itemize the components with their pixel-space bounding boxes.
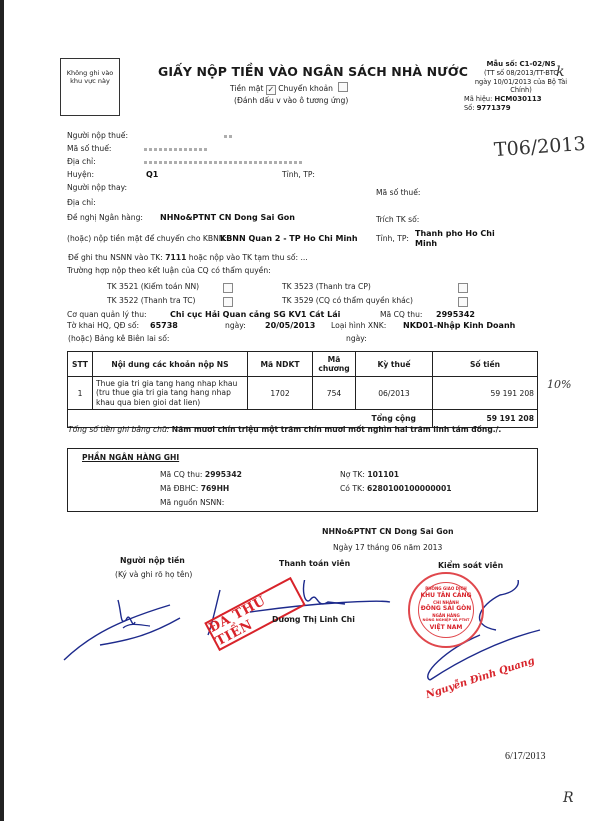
budget-account-row: Để ghi thu NSNN vào TK: 7111 hoặc nộp và…	[68, 253, 308, 262]
tax-code-label: Mã số thuế:	[67, 144, 111, 153]
proxy-address-label: Địa chỉ:	[67, 198, 96, 207]
mau-so-value: C1-02/NS	[519, 60, 555, 68]
cell-chapter: 754	[313, 377, 356, 410]
declaration-date-label: ngày:	[225, 321, 246, 330]
col-amount: Số tiền	[433, 352, 538, 377]
handwritten-mark-bottom: R	[563, 790, 574, 806]
table-header-row: STT Nội dung các khoản nộp NS Mã NDKT Mã…	[68, 352, 538, 377]
checkbox-instruction: (Đánh dấu v vào ô tương ứng)	[234, 96, 348, 105]
bank-agency-code-label: Mã CQ thu:	[160, 470, 202, 479]
so-label: Số:	[464, 104, 474, 112]
bank-agency-code-value: 2995342	[205, 470, 242, 479]
declaration-label: Tờ khai HQ, QĐ số:	[67, 321, 139, 330]
transfer-checkbox[interactable]	[338, 82, 348, 92]
collecting-agency-label: Cơ quan quản lý thu:	[67, 310, 147, 319]
circular-line-2: ngày 10/01/2013 của Bộ Tài	[456, 78, 586, 87]
temp-account-label: hoặc nộp vào TK tạm thu số: ...	[189, 253, 308, 262]
cash-checkbox[interactable]: ✓	[266, 85, 276, 95]
budget-account-label: Để ghi thu NSNN vào TK:	[68, 253, 163, 262]
scan-edge	[0, 0, 4, 821]
teller-sign-title: Thanh toán viên	[279, 559, 350, 568]
controller-sign-title: Kiểm soát viên	[438, 561, 503, 570]
redacted-payer	[224, 135, 234, 138]
ma-hieu-value: HCM030113	[494, 95, 541, 103]
circular-line-3: Chính)	[456, 86, 586, 95]
seal-line-6: NÔNG NGHIỆP VÀ PTNT	[410, 619, 482, 623]
receipt-list-label: (hoặc) Bảng kê Biên lai số:	[68, 334, 169, 343]
bank-request-value: NHNo&PTNT CN Dong Sai Gon	[160, 213, 295, 222]
agency-code-value: 2995342	[436, 310, 475, 319]
authority-account-4: TK 3529 (CQ có thẩm quyền khác)	[282, 296, 413, 305]
district-label: Huyện:	[67, 170, 94, 179]
cell-stt: 1	[68, 377, 93, 410]
authority-account-3: TK 3523 (Thanh tra CP)	[282, 282, 371, 291]
sign-date: Ngày 17 tháng 06 năm 2013	[333, 543, 442, 552]
circular-line-1: (TT số 08/2013/TT-BTC	[456, 69, 586, 78]
debit-account-value: 101101	[367, 470, 399, 479]
bank-request-label: Đề nghị Ngân hàng:	[67, 213, 143, 222]
signature-strokes	[60, 580, 600, 710]
kbnn-label: (hoặc) nộp tiền mặt để chuyển cho KBNN:	[67, 234, 227, 243]
cell-ndkt: 1702	[248, 377, 313, 410]
bank-seal: PHÒNG GIAO DỊCH KHU TÂN CẢNG CHI NHÁNH Đ…	[408, 572, 484, 648]
teller-name: Dương Thị Linh Chi	[272, 615, 355, 624]
authority-checkbox-4[interactable]	[458, 297, 468, 307]
col-stt: STT	[68, 352, 93, 377]
payment-table: STT Nội dung các khoản nộp NS Mã NDKT Mã…	[67, 351, 538, 428]
bank-section-heading: PHẦN NGÂN HÀNG GHI	[82, 453, 179, 462]
col-content: Nội dung các khoản nộp NS	[93, 352, 248, 377]
admin-unit-code-label: Mã ĐBHC:	[160, 484, 198, 493]
collecting-agency-value: Chi cục Hải Quan cảng SG KV1 Cát Lái	[170, 310, 340, 319]
ma-hieu-label: Mã hiệu:	[464, 95, 492, 103]
trade-type-label: Loại hình XNK:	[331, 321, 386, 330]
amount-in-words-label: Tổng số tiền ghi bằng chữ:	[68, 425, 169, 434]
so-value: 9771379	[477, 104, 511, 112]
bank-section: PHẦN NGÂN HÀNG GHI Mã CQ thu: 2995342 Mã…	[67, 448, 538, 512]
seal-line-4: ĐÔNG SÀI GÒN	[410, 606, 482, 612]
table-row: 1 Thue gia tri gia tang hang nhap khau (…	[68, 377, 538, 410]
kbnn-province-line1: Thanh pho Ho Chi	[415, 229, 495, 238]
seal-line-1: PHÒNG GIAO DỊCH	[410, 587, 482, 591]
mau-so-label: Mẫu số:	[486, 60, 517, 68]
bank-branch-name: NHNo&PTNT CN Dong Sai Gon	[322, 527, 454, 536]
authority-checkbox-2[interactable]	[223, 297, 233, 307]
credit-account-value: 6280100100000001	[367, 484, 452, 493]
cash-label: Tiền mặt	[230, 84, 263, 93]
declaration-value: 65738	[150, 321, 178, 330]
authority-account-1: TK 3521 (Kiểm toán NN)	[107, 282, 199, 291]
province-label: Tỉnh, TP:	[282, 170, 315, 179]
authority-account-2: TK 3522 (Thanh tra TC)	[107, 296, 196, 305]
seal-line-7: VIỆT NAM	[410, 625, 482, 631]
admin-unit-code-value: 769HH	[201, 484, 230, 493]
agency-code-label: Mã CQ thu:	[380, 310, 422, 319]
col-period: Kỳ thuế	[356, 352, 433, 377]
tax-payment-form: Không ghi vào khu vực này GIẤY NỘP TIỀN …	[0, 0, 600, 821]
handwritten-mark-top: k	[556, 64, 564, 80]
col-ndkt: Mã NDKT	[248, 352, 313, 377]
credit-account: Có TK: 6280100100000001	[340, 484, 452, 493]
payer-label: Người nộp thuế:	[67, 131, 128, 140]
amount-in-words: Tổng số tiền ghi bằng chữ: Năm mươi chín…	[68, 425, 501, 434]
admin-unit-code: Mã ĐBHC: 769HH	[160, 484, 229, 493]
kbnn-value: KBNN Quan 2 - TP Ho Chi Minh	[220, 234, 358, 243]
debit-account-label: Nợ TK:	[340, 470, 365, 479]
cell-amount: 59 191 208	[433, 377, 538, 410]
transfer-label: Chuyển khoản	[278, 84, 333, 93]
payer-sign-title: Người nộp tiền	[120, 556, 185, 565]
declaration-date-value: 20/05/2013	[265, 321, 315, 330]
debit-account: Nợ TK: 101101	[340, 470, 399, 479]
payment-mode: Tiền mặt ✓ Chuyển khoản	[230, 82, 348, 95]
cell-period: 06/2013	[356, 377, 433, 410]
debit-account-label: Trích TK số:	[376, 215, 419, 224]
budget-source-label: Mã nguồn NSNN:	[160, 498, 224, 507]
form-title: GIẤY NỘP TIỀN VÀO NGÂN SÁCH NHÀ NƯỚC	[158, 64, 468, 79]
no-entry-box: Không ghi vào khu vực này	[60, 58, 120, 116]
kbnn-province-label: Tỉnh, TP:	[376, 234, 409, 243]
budget-account-value: 7111	[165, 253, 186, 262]
handwritten-period: T06/2013	[493, 133, 586, 161]
print-date: 6/17/2013	[505, 751, 546, 762]
district-value: Q1	[146, 170, 158, 179]
authority-checkbox-1[interactable]	[223, 283, 233, 293]
handwritten-rate-note: 10%	[547, 378, 571, 391]
address-label: Địa chỉ:	[67, 157, 96, 166]
cell-content: Thue gia tri gia tang hang nhap khau (tr…	[93, 377, 248, 410]
authority-label: Trường hợp nộp theo kết luận của CQ có t…	[67, 266, 271, 275]
kbnn-province-line2: Minh	[415, 239, 437, 248]
credit-account-label: Có TK:	[340, 484, 365, 493]
proxy-tax-code-label: Mã số thuế:	[376, 188, 420, 197]
proxy-payer-label: Người nộp thay:	[67, 183, 127, 192]
payer-sign-hint: (Ký và ghi rõ họ tên)	[115, 570, 192, 579]
bank-agency-code: Mã CQ thu: 2995342	[160, 470, 242, 479]
col-chapter: Mã chương	[313, 352, 356, 377]
amount-in-words-value: Năm mươi chín triệu một trăm chín mươi m…	[172, 425, 502, 434]
trade-type-value: NKD01-Nhập Kinh Doanh	[403, 321, 515, 330]
redacted-tax-code	[144, 148, 208, 151]
form-code-block: Mẫu số: C1-02/NS (TT số 08/2013/TT-BTC n…	[456, 60, 586, 113]
redacted-address	[144, 161, 304, 164]
authority-checkbox-3[interactable]	[458, 283, 468, 293]
seal-line-2: KHU TÂN CẢNG	[410, 593, 482, 599]
receipt-date-label: ngày:	[346, 334, 367, 343]
